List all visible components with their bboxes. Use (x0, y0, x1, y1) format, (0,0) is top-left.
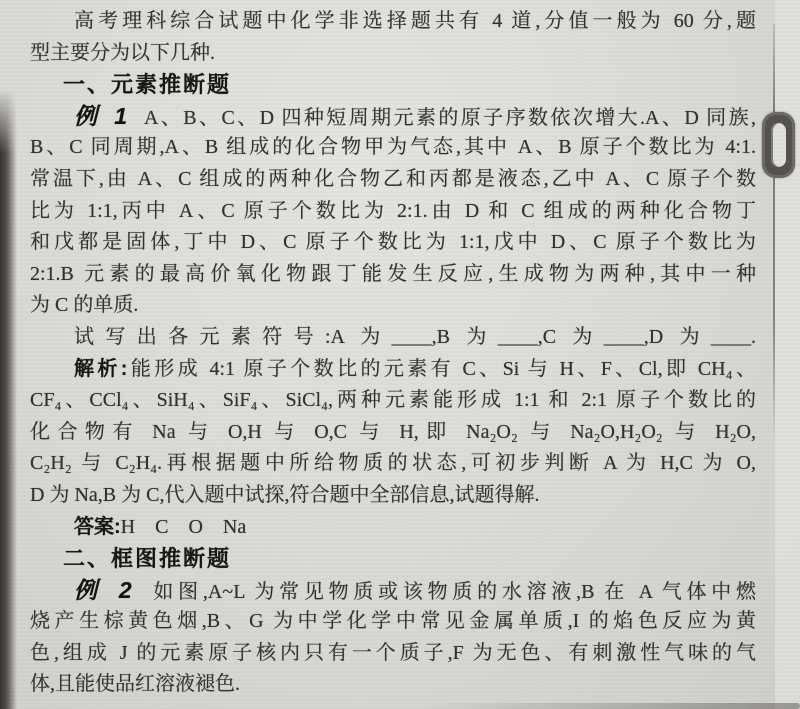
example1-text: A、B、C、D 四种短周期元素的原子序数依次增大.A、D 同族, (144, 107, 756, 129)
page-edge-line (773, 24, 775, 444)
example2-marker: 例 2 (74, 577, 149, 603)
example1-line: 比为 1:1,丙中 A、C 原子个数比为 2:1.由 D 和 C 组成的两种化合… (30, 196, 756, 228)
analysis-first-line: 解析:能形成 4:1 原子个数比的元素有 C、Si 与 H、F、Cl,即 CH₄… (30, 354, 756, 386)
example2-line: 色,组成 J 的元素原子核内只有一个质子,F 为无色、有刺激性气味的气 (30, 638, 756, 670)
example1-line: 和戊都是固体,丁中 D、C 原子个数比为 1:1,戊中 D、C 原子个数比为 (30, 227, 756, 259)
analysis-line: 化合物有 Na 与 O,H 与 O,C 与 H,即 Na₂O₂ 与 Na₂O,H… (30, 417, 756, 449)
intro-line: 高考理科综合试题中化学非选择题共有 4 道,分值一般为 60 分,题 (30, 6, 756, 38)
example2-first-line: 例 2如图,A~L 为常见物质或该物质的水溶液,B 在 A 气体中燃 (30, 575, 756, 607)
analysis-line: D 为 Na,B 为 C,代入题中试探,符合题中全部信息,试题得解. (30, 480, 756, 512)
intro-line: 型主要分为以下几种. (30, 38, 756, 70)
example1-marker: 例 1 (74, 103, 144, 129)
binder-ring-hole (771, 123, 786, 167)
analysis-line: CF₄、CCl₄、SiH₄、SiF₄、SiCl₄,两种元素能形成 1:1 和 2… (30, 385, 756, 417)
example2-text: 如图,A~L 为常见物质或该物质的水溶液,B 在 A 气体中燃 (149, 581, 756, 603)
section1-heading: 一、元素推断题 (30, 69, 756, 101)
analysis-line: C₂H₂ 与 C₂H₄.再根据题中所给物质的状态,可初步判断 A 为 H,C 为… (30, 448, 756, 480)
answer-value: H C O Na (121, 516, 247, 538)
analysis-text: 能形成 4:1 原子个数比的元素有 C、Si 与 H、F、Cl,即 CH₄、 (127, 358, 756, 380)
answer-label: 答案: (74, 516, 121, 538)
scanned-page: 高考理科综合试题中化学非选择题共有 4 道,分值一般为 60 分,题 型主要分为… (0, 0, 800, 709)
analysis-label: 解析: (74, 358, 127, 380)
example1-line: B、C 同周期,A、B 组成的化合物甲为气态,其中 A、B 原子个数比为 4:1… (30, 132, 756, 164)
example1-line: 为 C 的单质. (30, 290, 756, 322)
page-text-block: 高考理科综合试题中化学非选择题共有 4 道,分值一般为 60 分,题 型主要分为… (30, 6, 756, 701)
book-spine-shadow (0, 92, 17, 709)
example2-line: 烧产生棕黄色烟,B、G 为中学化学中常见金属单质,I 的焰色反应为黄 (30, 606, 756, 638)
example1-first-line: 例 1A、B、C、D 四种短周期元素的原子序数依次增大.A、D 同族, (30, 101, 756, 133)
binder-ring-icon (762, 112, 795, 178)
answer-line: 答案:H C O Na (30, 512, 756, 544)
question-line: 试写出各元素符号:A 为____,B 为____,C 为____,D 为____… (30, 322, 756, 354)
example1-line: 常温下,由 A、C 组成的两种化合物乙和丙都是液态,乙中 A、C 原子个数 (30, 164, 756, 196)
page-outer-edge (775, 0, 800, 709)
example2-line: 体,且能使品红溶液褪色. (30, 669, 756, 701)
section2-heading: 二、框图推断题 (30, 543, 756, 575)
example1-line: 2:1.B 元素的最高价氧化物跟丁能发生反应,生成物为两种,其中一种 (30, 259, 756, 291)
scan-bottom-shadow (420, 703, 800, 709)
